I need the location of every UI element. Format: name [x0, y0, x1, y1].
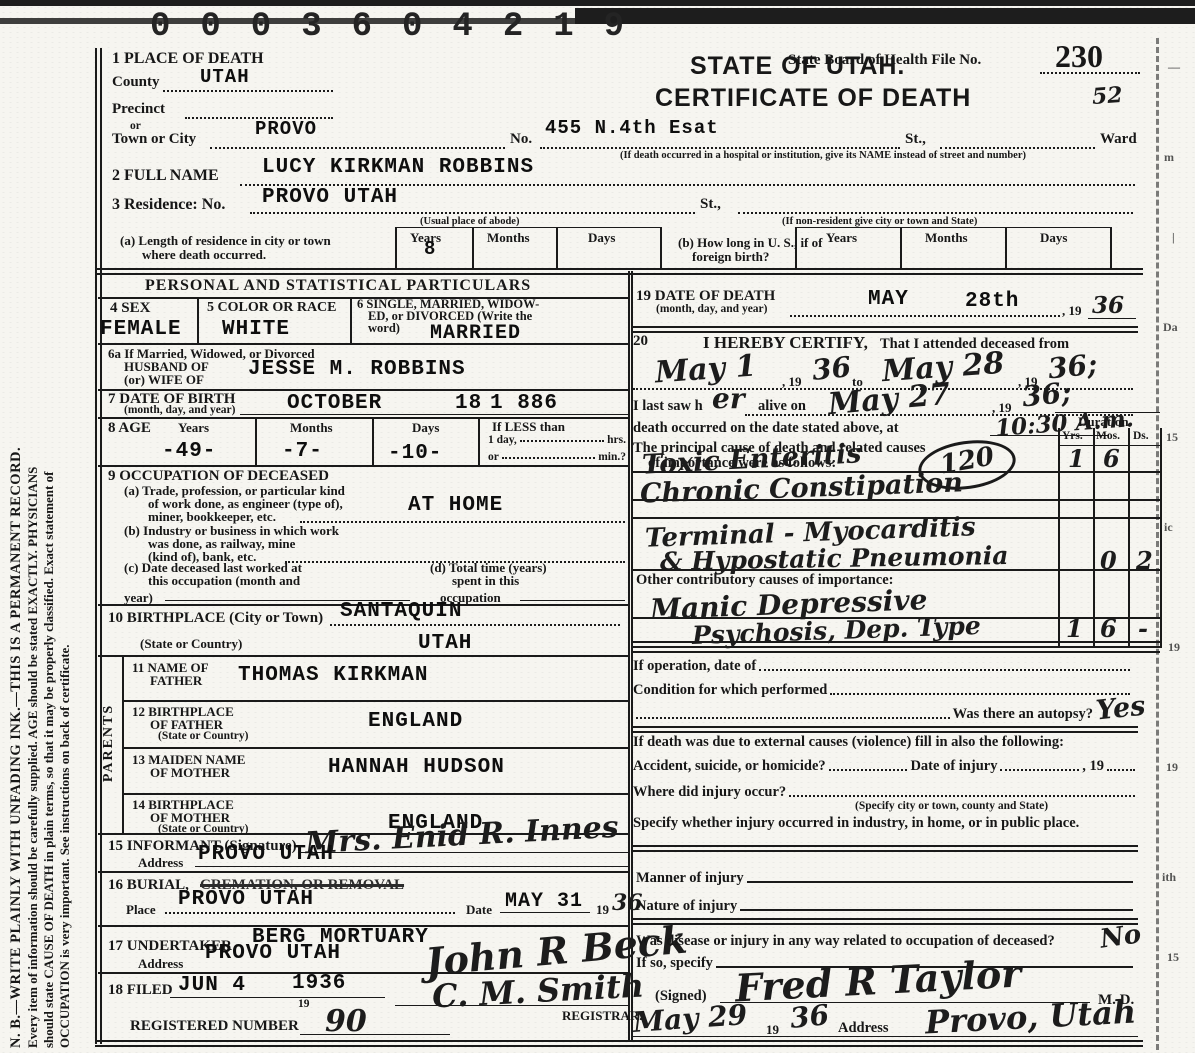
birthplace-label: 10 BIRTHPLACE (City or Town) [108, 610, 323, 627]
margin-line-1: N. B.—WRITE PLAINLY WITH UNFADING INK.—T… [8, 43, 25, 1048]
fill-line [502, 455, 595, 459]
age-years-header: Years [178, 420, 209, 436]
cause-line [633, 569, 1160, 571]
burial-date-value: MAY 31 [505, 890, 583, 913]
street-line [540, 147, 900, 149]
row-divider [98, 655, 628, 657]
duration-vline [1093, 428, 1095, 648]
margin-line-3: should state CAUSE OF DEATH in plain ter… [41, 43, 57, 1048]
occurred-time-line [990, 435, 1108, 436]
where-row: Where did injury occur? [633, 784, 1138, 801]
birthplace-state-value: UTAH [418, 632, 472, 655]
parents-vertical-label: PARENTS [101, 658, 117, 828]
registrar-sig-line [395, 1005, 628, 1006]
sex-value: FEMALE [100, 318, 182, 341]
edge-fragment: 15 [1166, 430, 1178, 445]
edge-fragment: — [1168, 60, 1180, 75]
age-days-value: -10- [388, 442, 442, 465]
informant-address-line [195, 866, 628, 867]
condition-label: Condition for which performed [633, 682, 827, 699]
res-b-vline [900, 227, 902, 268]
fill-line [636, 715, 950, 719]
header-separator [95, 268, 1143, 275]
age-less-min: min.? [598, 451, 626, 463]
full-name-value: LUCY KIRKMAN ROBBINS [262, 156, 534, 179]
duration-yrs-header: Yrs. [1062, 430, 1083, 442]
from-year-hand: 36 [810, 350, 852, 387]
county-label: County [112, 74, 160, 91]
specify-label: Specify whether injury occurred in indus… [633, 815, 1079, 832]
edge-fragment: 19 [1166, 760, 1178, 775]
ifso-label: If so, specify [636, 955, 713, 972]
father-bp-value: ENGLAND [368, 710, 463, 733]
related-answer-hand: No [1098, 919, 1143, 954]
age-months-value: -7- [282, 440, 323, 463]
res-a-vline [660, 227, 662, 268]
filed-date-value: JUN 4 [178, 974, 246, 997]
filed-line [170, 997, 385, 998]
age-less-label-1: If LESS than [492, 419, 565, 435]
residence-a-label-2: where death occurred. [142, 247, 266, 263]
dob-line [240, 414, 628, 415]
town-value: PROVO [255, 118, 317, 140]
section-separator [631, 845, 1138, 852]
death-certificate-scan: — m | Da 15 ic 19 19 ith 15 N. B.—WRITE … [0, 0, 1195, 1053]
res-b-vline [1005, 227, 1007, 268]
occupation-d-2: spent in this [452, 573, 519, 589]
cause-line [633, 641, 1160, 643]
st-line [940, 147, 1095, 149]
age-less-1day: 1 day, [488, 434, 517, 446]
burial-place-value: PROVO UTAH [178, 888, 314, 911]
registered-number-label: REGISTERED NUMBER [130, 1018, 299, 1035]
occurred-label: death occurred on the date stated above,… [633, 420, 899, 437]
age-days-header: Days [412, 420, 439, 436]
fill-line [520, 438, 604, 442]
dod-day-value: 28th [965, 290, 1019, 313]
county-value: UTAH [200, 66, 250, 88]
certificate-bottom-border [95, 1040, 1143, 1047]
residence-st-label: St., [700, 196, 721, 213]
race-marital-divider [350, 297, 352, 343]
dob-month: OCTOBER [287, 392, 382, 415]
sign-year-hand: 36 [788, 998, 830, 1035]
contrib-2-yrs: 1 [1066, 614, 1083, 643]
county-line [163, 90, 333, 92]
age-vline [372, 418, 374, 465]
nonresident-note: (If non-resident give city or town and S… [782, 216, 977, 227]
age-less-row-min: or min.? [488, 451, 626, 463]
residence-line-2 [738, 212, 1133, 214]
sex-race-divider [197, 297, 199, 343]
abode-note: (Usual place of abode) [420, 216, 519, 227]
burial-date-line [500, 912, 590, 913]
fill-line [1000, 767, 1079, 771]
dob-sublabel: (month, day, and year) [124, 404, 236, 416]
res-a-years-value: 8 [424, 238, 436, 260]
duration-top-line [1055, 412, 1160, 413]
res-a-days-header: Days [588, 230, 615, 246]
age-months-header: Months [290, 420, 333, 436]
dod-separator [631, 326, 1138, 333]
condition-row: Condition for which performed [633, 682, 1133, 699]
res-b-years-header: Years [826, 230, 857, 246]
contrib-2-ds: - [1138, 614, 1148, 643]
dod-line [790, 315, 1060, 317]
res-b-months-header: Months [925, 230, 968, 246]
birthplace-city-value: SANTAQUIN [340, 600, 462, 623]
burial-label: 16 BURIAL, [108, 877, 189, 894]
st-label: St., [905, 131, 926, 148]
street-no-label: No. [510, 131, 532, 148]
undertaker-address-value: PROVO UTAH [205, 942, 341, 965]
fill-line [747, 879, 1133, 883]
registered-number-line [300, 1034, 450, 1035]
residence-label: 3 Residence: No. [112, 196, 225, 214]
age-vline [478, 418, 480, 465]
margin-line-2: Every item of information should be care… [25, 43, 41, 1048]
sign-bottom-line [633, 1036, 1138, 1037]
edge-fragment: Da [1163, 320, 1178, 335]
fill-line [830, 691, 1130, 695]
res-b-vline [1110, 227, 1112, 268]
row-divider [122, 793, 628, 795]
lastsaw-year-hand: 36; [1020, 376, 1072, 414]
edge-fragment: 15 [1167, 950, 1179, 965]
birthplace-state-label: (State or Country) [140, 636, 242, 652]
alive-label: alive on [758, 398, 806, 415]
dod-year-hand: 36 [1092, 292, 1124, 319]
adjacent-page-edge [1156, 38, 1159, 1050]
father-name-label-2: FATHER [150, 673, 202, 689]
section-separator [631, 726, 1138, 733]
age-less-hrs: hrs. [607, 434, 626, 446]
fill-line [789, 793, 1135, 797]
address-label: Address [838, 1020, 889, 1037]
dob-year: 1 886 [490, 392, 558, 415]
res-a-vline [556, 227, 558, 268]
sign-address-hand: Provo, Utah [924, 993, 1137, 1042]
cause-1-mos: 6 [1103, 444, 1120, 473]
fill-line [759, 667, 1130, 671]
where-label: Where did injury occur? [633, 784, 786, 801]
manner-label: Manner of injury [636, 870, 744, 887]
sign-date-hand: May 29 [632, 998, 748, 1039]
file-no-line [1040, 72, 1140, 74]
injury-date-label: Date of injury [910, 758, 997, 775]
residence-line [250, 212, 695, 214]
burial-place-label: Place [126, 902, 156, 918]
cause-line [633, 499, 1160, 501]
accident-label: Accident, suicide, or homicide? [633, 758, 826, 775]
ward-label: Ward [1100, 131, 1137, 148]
duration-vline [1160, 428, 1162, 648]
row-divider [98, 343, 628, 345]
cause-table-bottom [631, 646, 1160, 653]
lastsaw-her-hand: er [712, 382, 745, 415]
fill-line [829, 767, 908, 771]
edge-fragment: ith [1162, 870, 1176, 885]
margin-instructions: N. B.—WRITE PLAINLY WITH UNFADING INK.—T… [8, 43, 73, 1048]
dob-day: 18 [455, 392, 482, 415]
informant-address-value: PROVO UTAH [198, 843, 334, 866]
edge-fragment: ic [1164, 520, 1173, 535]
marital-value: MARRIED [430, 322, 521, 345]
informant-sig-line [300, 852, 628, 853]
hospital-note: (If death occurred in a hospital or inst… [620, 150, 1026, 161]
parents-bracket [122, 657, 124, 833]
file-no-value: 230 [1055, 38, 1103, 75]
father-name-value: THOMAS KIRKMAN [238, 664, 428, 687]
margin-line-4: OCCUPATION is very important. See instru… [57, 43, 73, 1048]
burial-19-label: 19 [596, 902, 609, 918]
external-label: If death was due to external causes (vio… [633, 734, 1064, 751]
age-less-or: or [488, 451, 499, 463]
marital-label-3: word) [368, 321, 400, 336]
duration-header: Duration [1078, 414, 1129, 430]
operation-label: If operation, date of [633, 658, 756, 675]
res-a-table-top [395, 227, 660, 228]
burial-date-label: Date [466, 902, 492, 918]
occupation-c-2: this occupation (month and [148, 573, 300, 589]
race-label: 5 COLOR OR RACE [207, 300, 337, 316]
edge-fragment: | [1172, 230, 1175, 245]
filed-19-label: 19 [298, 998, 310, 1010]
lastsaw-label: I last saw h [633, 398, 703, 415]
stamped-serial-number: 0003604219 [150, 8, 654, 46]
mother-name-value: HANNAH HUDSON [328, 756, 505, 779]
spouse-label-3: (or) WIFE OF [124, 372, 204, 388]
town-label: Town or City [112, 131, 196, 148]
fill-line [1107, 767, 1135, 771]
file-no-label: State Board of Health File No. [788, 52, 981, 69]
duration-ds-header: Ds. [1133, 430, 1149, 442]
row-divider [98, 871, 628, 873]
res-a-vline [472, 227, 474, 268]
cause-1-yrs: 1 [1068, 444, 1085, 473]
certify-number: 20 [633, 333, 648, 350]
dod-19-label: , 19 [1062, 303, 1082, 319]
age-years-value: -49- [162, 440, 216, 463]
certificate-left-border [95, 48, 102, 1044]
duration-mos-header: Mos. [1096, 430, 1120, 442]
registrar-label: REGISTRAR. [562, 1008, 643, 1024]
informant-signature: Mrs. Enid R. Innes [304, 810, 619, 861]
sex-label: 4 SEX [110, 300, 150, 317]
left-section-title: PERSONAL AND STATISTICAL PARTICULARS [145, 277, 531, 295]
duration-vline [1058, 428, 1060, 648]
res-b-vline [795, 227, 797, 268]
mother-name-label-2: OF MOTHER [150, 765, 230, 781]
informant-address-label: Address [138, 855, 183, 871]
occupation-a-line [300, 521, 625, 523]
nature-row: Nature of injury [636, 898, 1136, 915]
nature-label: Nature of injury [636, 898, 737, 915]
operation-row: If operation, date of [633, 658, 1133, 675]
specify-city-note: (Specify city or town, county and State) [855, 800, 1048, 812]
autopsy-answer-hand: Yes [1095, 691, 1147, 727]
occupation-d-line [520, 600, 625, 601]
related-label: Was disease or injury in any way related… [636, 933, 1055, 950]
fill-line [740, 907, 1133, 911]
full-name-label: 2 FULL NAME [112, 167, 219, 185]
precinct-label: Precinct [112, 101, 165, 118]
dod-sublabel: (month, day, and year) [656, 303, 768, 315]
autopsy-label: Was there an autopsy? [953, 706, 1093, 723]
injury-19-label: , 19 [1082, 758, 1104, 775]
age-label: 8 AGE [108, 420, 151, 437]
row-divider [122, 700, 628, 702]
age-vline [255, 418, 257, 465]
edge-fragment: 19 [1168, 640, 1180, 655]
scan-edge-band-top [0, 0, 1195, 6]
burial-place-line [165, 912, 455, 914]
town-line [210, 147, 505, 149]
res-a-vline [395, 227, 397, 268]
occupation-a-value: AT HOME [408, 494, 503, 517]
file-no-handwritten: 52 [1091, 82, 1123, 110]
residence-value: PROVO UTAH [262, 186, 398, 209]
row-divider [98, 465, 628, 467]
residence-b-label-2: foreign birth? [692, 249, 769, 265]
spouse-value: JESSE M. ROBBINS [248, 358, 466, 381]
autopsy-row: Was there an autopsy? [633, 706, 1093, 723]
birthplace-city-line [330, 624, 620, 626]
section-separator [631, 918, 1138, 925]
certificate-title: CERTIFICATE OF DEATH [655, 84, 971, 113]
dod-month-value: MAY [868, 288, 909, 311]
age-less-row-hrs: 1 day, hrs. [488, 434, 626, 446]
father-bp-label-3: (State or Country) [158, 730, 249, 742]
contrib-2-mos: 6 [1100, 614, 1117, 643]
res-b-days-header: Days [1040, 230, 1067, 246]
dod-year-line [1088, 318, 1136, 319]
filed-year-value: 1936 [292, 972, 346, 995]
duration-vline [1128, 428, 1130, 648]
res-a-months-header: Months [487, 230, 530, 246]
row-divider [122, 747, 628, 749]
manner-row: Manner of injury [636, 870, 1136, 887]
res-b-table-top [795, 227, 1110, 228]
undertaker-address-label: Address [138, 956, 183, 972]
street-value: 455 N.4th Esat [545, 117, 719, 139]
accident-row: Accident, suicide, or homicide? Date of … [633, 758, 1138, 775]
edge-fragment: m [1164, 150, 1174, 165]
scan-edge-band-right [575, 8, 1195, 24]
race-value: WHITE [222, 318, 290, 341]
filed-label: 18 FILED [108, 982, 173, 999]
